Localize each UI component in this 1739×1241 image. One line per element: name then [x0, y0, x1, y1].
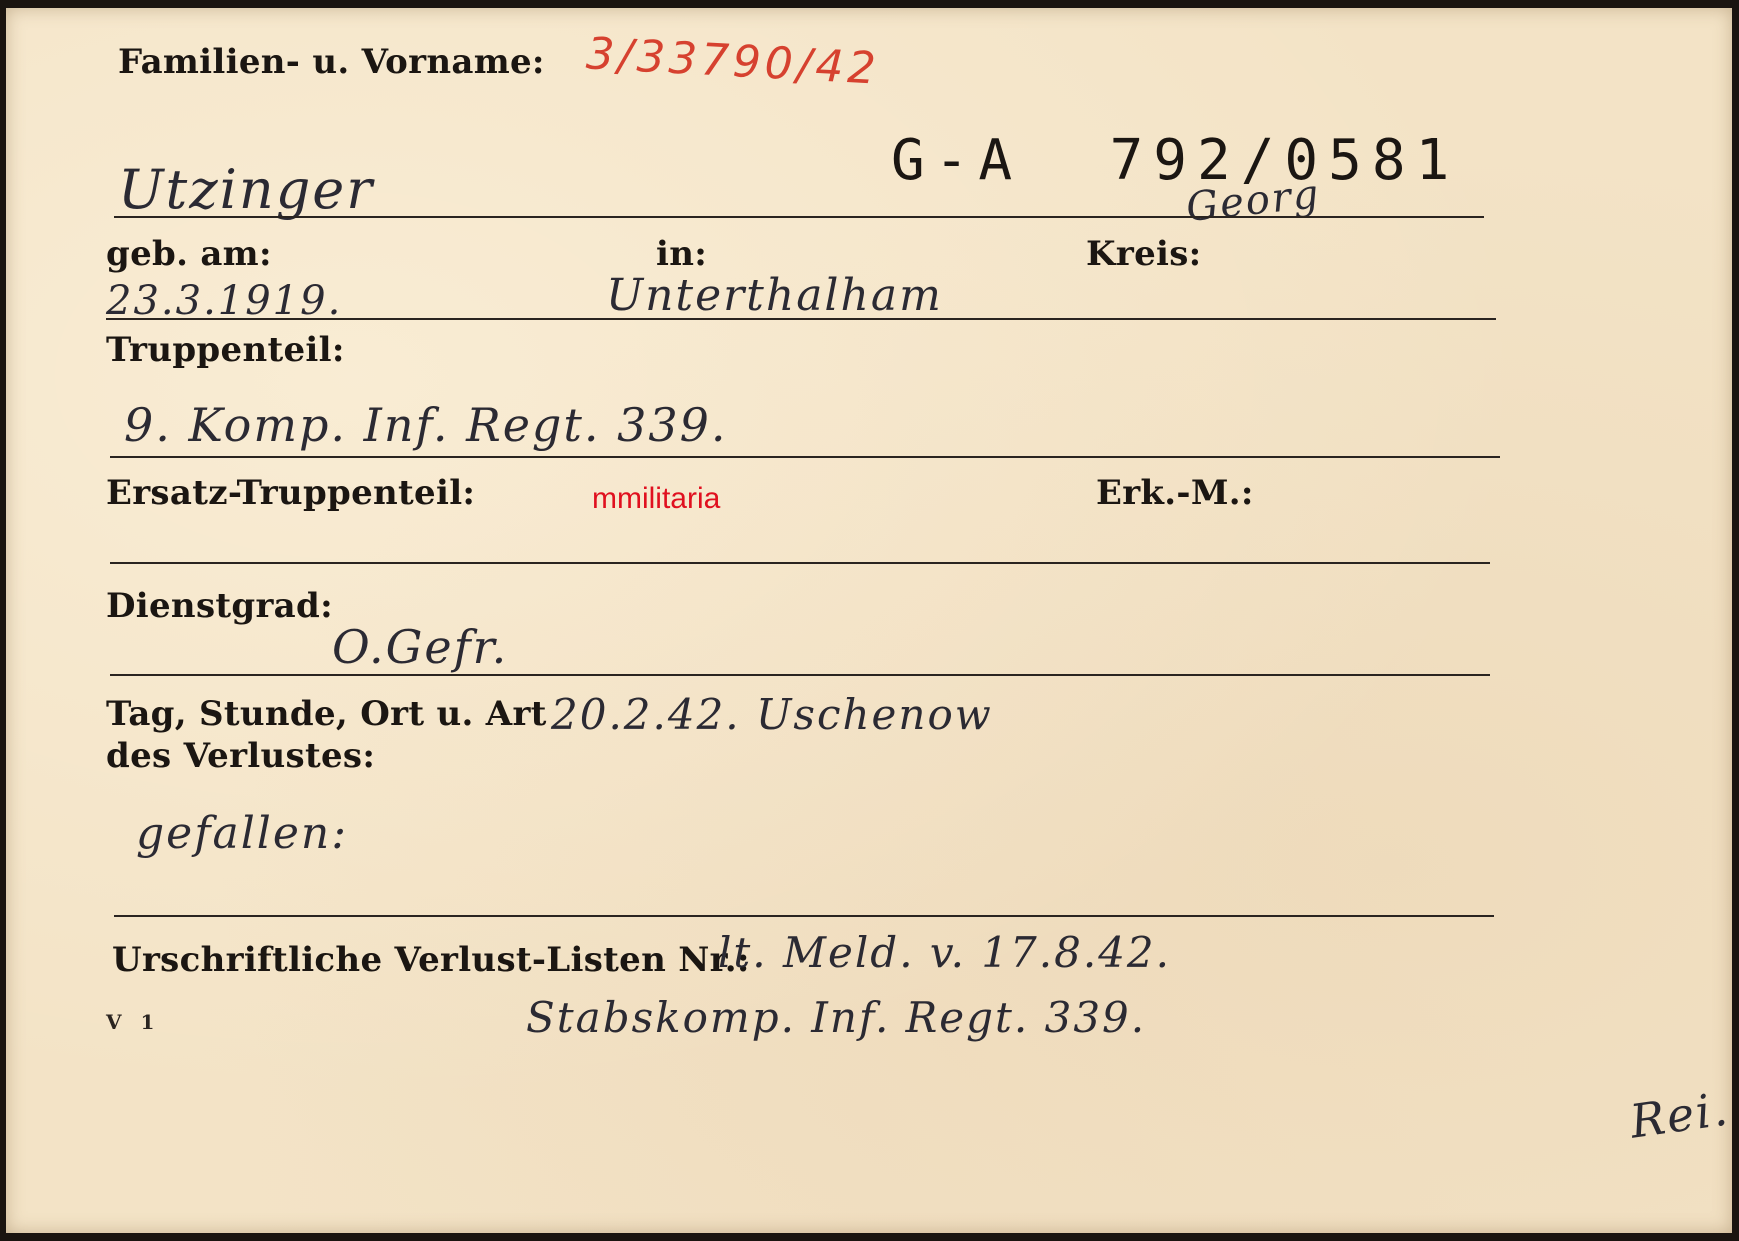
district-label: Kreis:	[1086, 234, 1202, 274]
initials: Rei.	[1627, 1081, 1733, 1148]
red-reference-number: 3/33790/42	[585, 28, 881, 94]
watermark: mmilitaria	[592, 482, 720, 516]
loss-label-line1: Tag, Stunde, Ort u. Art	[106, 694, 547, 734]
rule-1	[114, 216, 1484, 218]
index-card: Familien- u. Vorname: 3/33790/42 G-A 792…	[6, 8, 1732, 1233]
list-label: Urschriftliche Verlust-Listen Nr.:	[112, 940, 750, 980]
birth-place-label: in:	[656, 234, 707, 274]
loss-type-value: gefallen:	[136, 808, 348, 859]
rule-4	[110, 562, 1490, 564]
name-label: Familien- u. Vorname:	[118, 42, 545, 82]
rule-2	[106, 318, 1496, 320]
form-code: V 1	[106, 1010, 160, 1034]
erk-label: Erk.-M.:	[1096, 473, 1254, 513]
loss-date-place-value: 20.2.42. Uschenow	[551, 690, 993, 739]
birth-place-value: Unterthalham	[606, 270, 943, 321]
stamp-number: G-A 792/0581	[891, 128, 1459, 193]
rule-3	[110, 456, 1500, 458]
surname-value: Utzinger	[118, 158, 374, 221]
unit-label: Truppenteil:	[106, 330, 345, 370]
birth-date-label: geb. am:	[106, 234, 272, 274]
rank-value: O.Gefr.	[332, 620, 508, 674]
list-line1-value: lt. Meld. v. 17.8.42.	[718, 928, 1171, 977]
rule-6	[114, 915, 1494, 917]
rule-5	[110, 674, 1490, 676]
loss-label-line2: des Verlustes:	[106, 736, 375, 776]
rank-label: Dienstgrad:	[106, 586, 333, 626]
list-line2-value: Stabskomp. Inf. Regt. 339.	[526, 993, 1146, 1042]
replacement-unit-label: Ersatz-Truppenteil:	[106, 473, 475, 513]
unit-value: 9. Komp. Inf. Regt. 339.	[124, 398, 728, 452]
